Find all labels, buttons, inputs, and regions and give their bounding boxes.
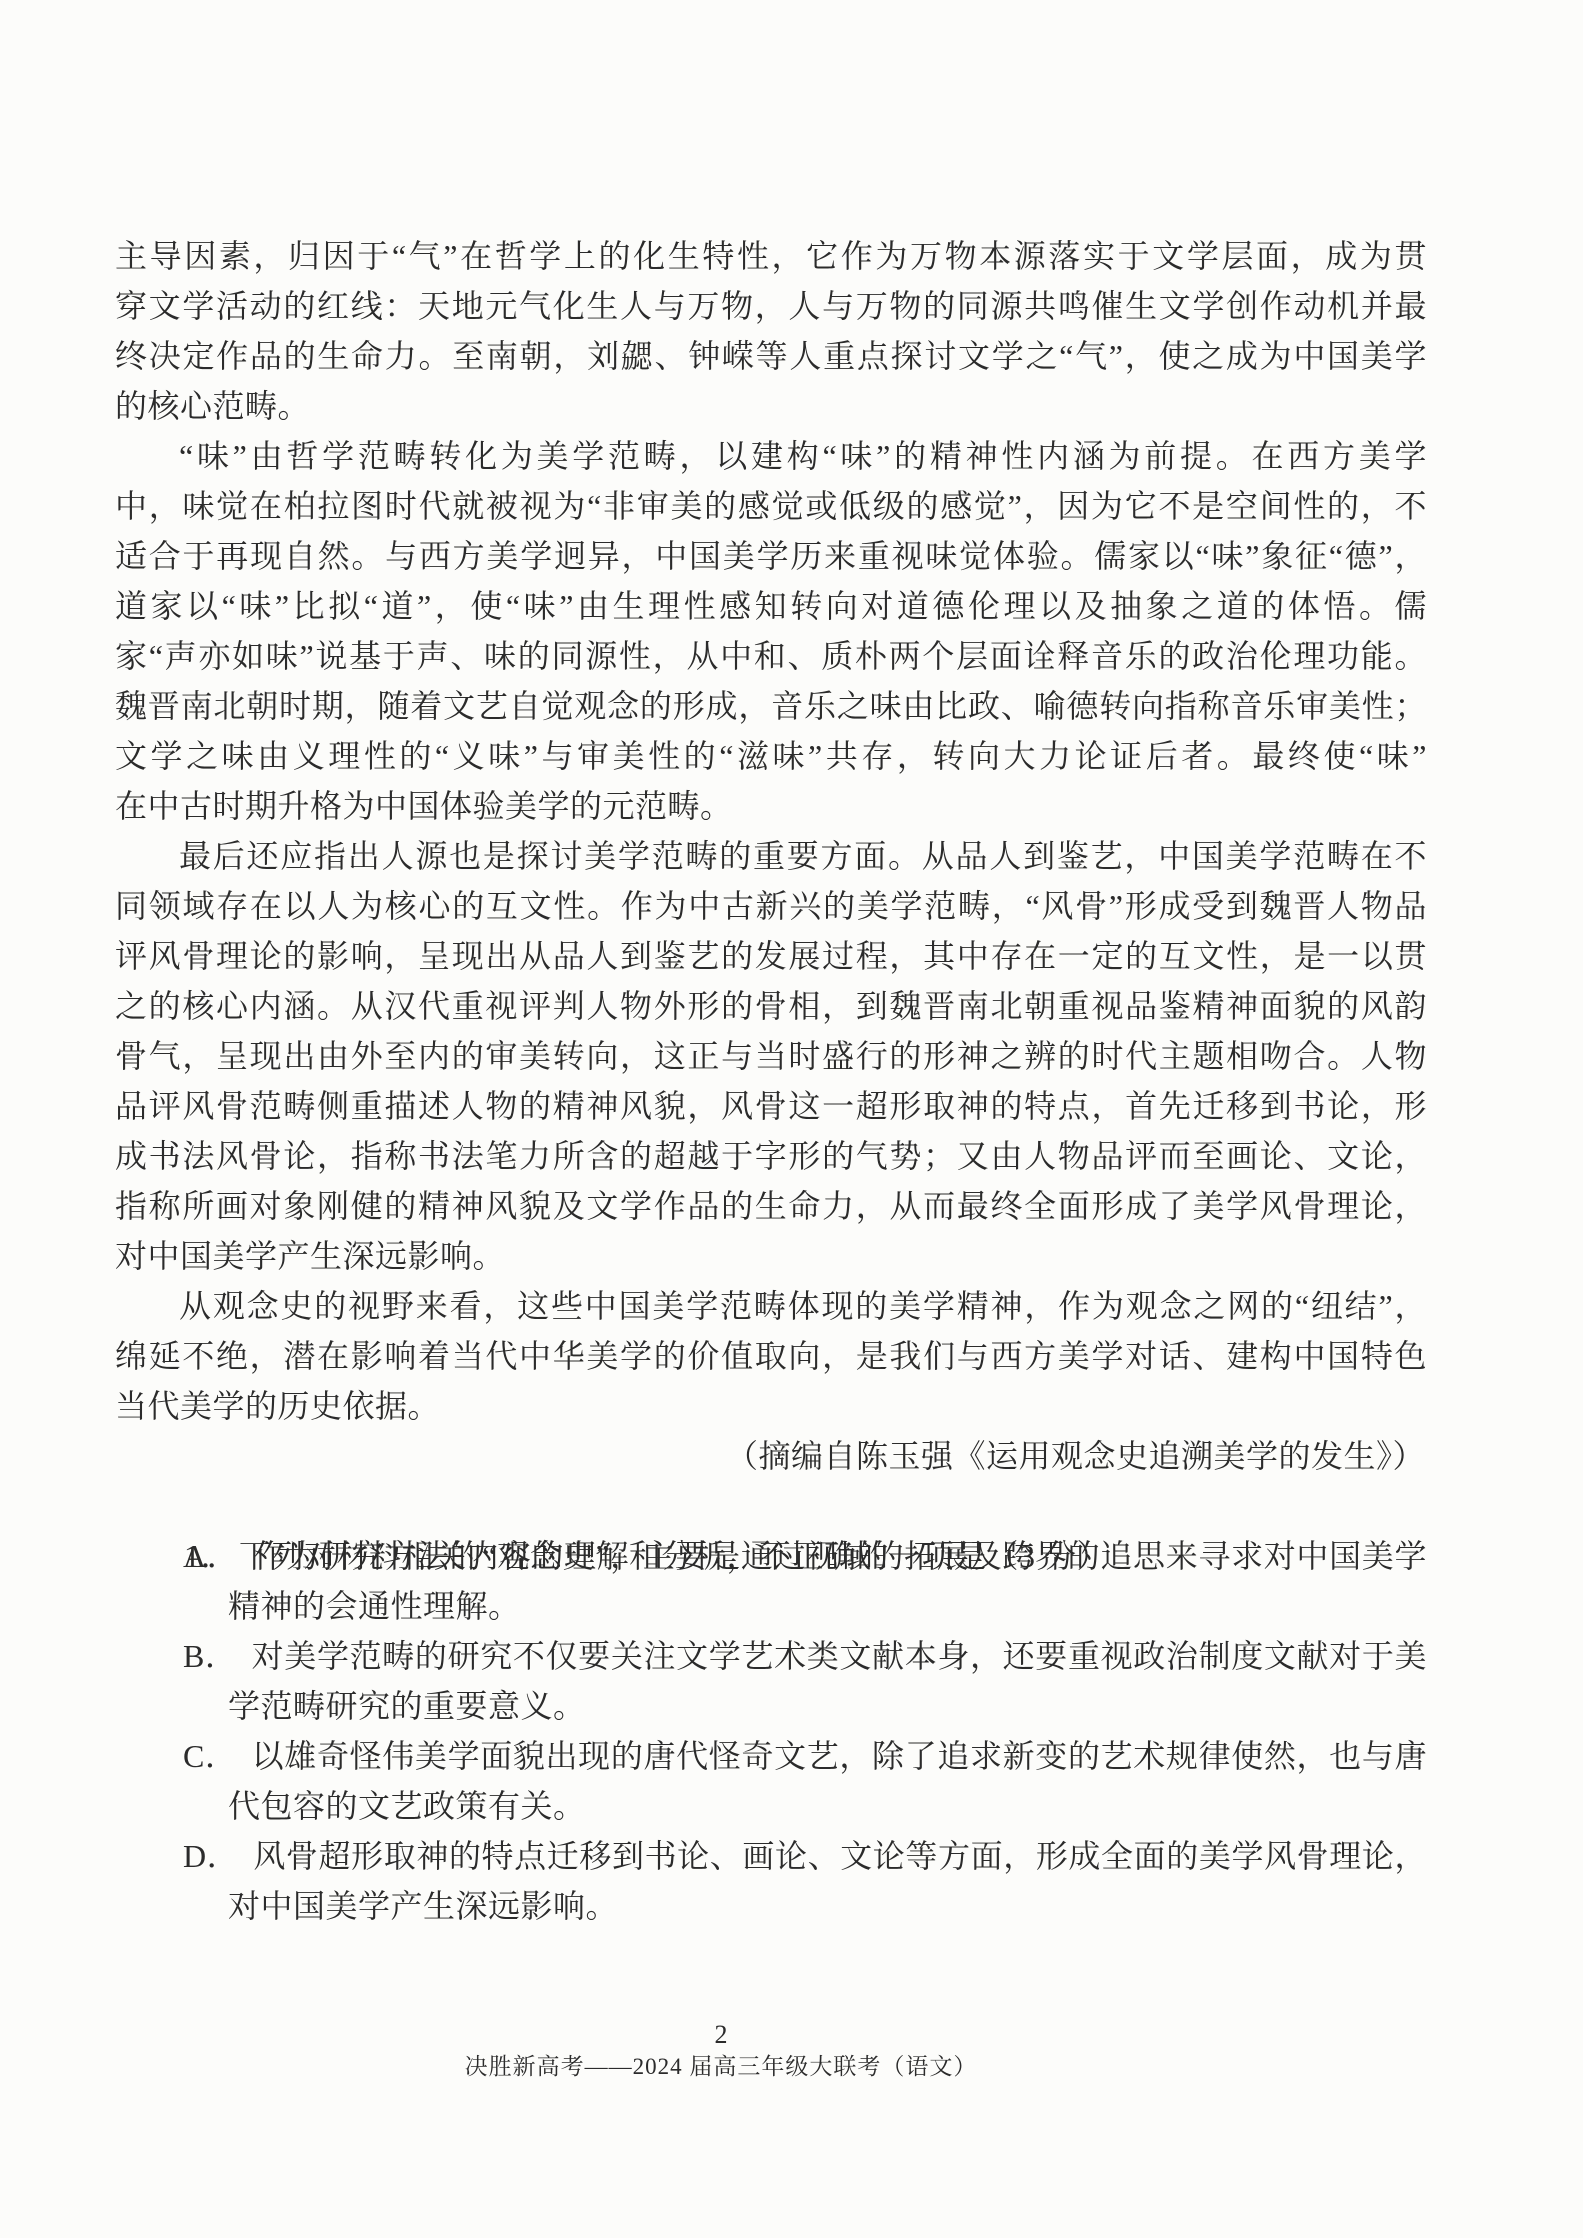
passage-line: 主导因素，归因于“气”在哲学上的化生特性，它作为万物本源落实于文学层面，成为贯: [115, 231, 1427, 281]
footer-title: 决胜新高考——2024 届高三年级大联考（语文）: [115, 2050, 1327, 2084]
passage-line: 的核心范畴。: [115, 381, 1427, 431]
option-line: 代包容的文艺政策有关。: [115, 1781, 1427, 1831]
option-line: 精神的会通性理解。: [115, 1581, 1427, 1631]
passage-line: 对中国美学产生深远影响。: [115, 1231, 1427, 1281]
passage-line: 骨气，呈现出由外至内的审美转向，这正与当时盛行的形神之辨的时代主题相吻合。人物: [115, 1031, 1427, 1081]
passage-line: 魏晋南北朝时期，随着文艺自觉观念的形成，音乐之味由比政、喻德转向指称音乐审美性；: [115, 681, 1427, 731]
document-body: 主导因素，归因于“气”在哲学上的化生特性，它作为万物本源落实于文学层面，成为贯穿…: [115, 231, 1427, 1931]
passage-line: 家“声亦如味”说基于声、味的同源性，从中和、质朴两个层面诠释音乐的政治伦理功能。: [115, 631, 1427, 681]
exam-paper-page: 主导因素，归因于“气”在哲学上的化生特性，它作为万物本源落实于文学层面，成为贯穿…: [0, 0, 1583, 2238]
option-label: B．: [183, 1638, 238, 1674]
passage-line: 品评风骨范畴侧重描述人物的精神风貌，风骨这一超形取神的特点，首先迁移到书论，形: [115, 1081, 1427, 1131]
passage-line: 最后还应指出人源也是探讨美学范畴的重要方面。从品人到鉴艺，中国美学范畴在不: [115, 831, 1427, 881]
option-label: C．: [183, 1738, 238, 1774]
passage-line: 从观念史的视野来看，这些中国美学范畴体现的美学精神，作为观念之网的“纽结”，: [115, 1281, 1427, 1331]
passage-line: 绵延不绝，潜在影响着当代中华美学的价值取向，是我们与西方美学对话、建构中国特色: [115, 1331, 1427, 1381]
option-line: A．作为研究方法的“观念史”，主要是通过视域的拓展及跨界的追思来寻求对中国美学: [115, 1531, 1427, 1581]
passage-line: 文学之味由义理性的“义味”与审美性的“滋味”共存，转向大力论证后者。最终使“味”: [115, 731, 1427, 781]
passage-line: 指称所画对象刚健的精神风貌及文学作品的生命力，从而最终全面形成了美学风骨理论，: [115, 1181, 1427, 1231]
passage-attribution: （摘编自陈玉强《运用观念史追溯美学的发生》）: [115, 1431, 1427, 1481]
passage-line: 终决定作品的生命力。至南朝，刘勰、钟嵘等人重点探讨文学之“气”，使之成为中国美学: [115, 331, 1427, 381]
passage-line: 适合于再现自然。与西方美学迥异，中国美学历来重视味觉体验。儒家以“味”象征“德”…: [115, 531, 1427, 581]
passage-line: 在中古时期升格为中国体验美学的元范畴。: [115, 781, 1427, 831]
passage-line: “味”由哲学范畴转化为美学范畴，以建构“味”的精神性内涵为前提。在西方美学: [115, 431, 1427, 481]
option-line: B．对美学范畴的研究不仅要关注文学艺术类文献本身，还要重视政治制度文献对于美: [115, 1631, 1427, 1681]
passage-line: 同领域存在以人为核心的互文性。作为中古新兴的美学范畴，“风骨”形成受到魏晋人物品: [115, 881, 1427, 931]
question-1-stem-row: 1．下列对材料相关内容的理解和分析，不正确的一项是（3 分）: [115, 1481, 1427, 1531]
passage: 主导因素，归因于“气”在哲学上的化生特性，它作为万物本源落实于文学层面，成为贯穿…: [115, 231, 1427, 1431]
option-line: C．以雄奇怪伟美学面貌出现的唐代怪奇文艺，除了追求新变的艺术规律使然，也与唐: [115, 1731, 1427, 1781]
question-options: A．作为研究方法的“观念史”，主要是通过视域的拓展及跨界的追思来寻求对中国美学精…: [115, 1531, 1427, 1931]
passage-line: 当代美学的历史依据。: [115, 1381, 1427, 1431]
passage-line: 成书法风骨论，指称书法笔力所含的超越于字形的气势；又由人物品评而至画论、文论，: [115, 1131, 1427, 1181]
option-line: 学范畴研究的重要意义。: [115, 1681, 1427, 1731]
option-label: D．: [183, 1838, 239, 1874]
passage-line: 穿文学活动的红线：天地元气化生人与万物，人与万物的同源共鸣催生文学创作动机并最: [115, 281, 1427, 331]
option-line: D．风骨超形取神的特点迁移到书论、画论、文论等方面，形成全面的美学风骨理论，: [115, 1831, 1427, 1881]
option-line: 对中国美学产生深远影响。: [115, 1881, 1427, 1931]
passage-line: 评风骨理论的影响，呈现出从品人到鉴艺的发展过程，其中存在一定的互文性，是一以贯: [115, 931, 1427, 981]
page-number: 2: [115, 2020, 1327, 2050]
option-label: A．: [183, 1538, 239, 1574]
passage-line: 道家以“味”比拟“道”，使“味”由生理性感知转向对道德伦理以及抽象之道的体悟。儒: [115, 581, 1427, 631]
passage-line: 之的核心内涵。从汉代重视评判人物外形的骨相，到魏晋南北朝重视品鉴精神面貌的风韵: [115, 981, 1427, 1031]
passage-line: 中，味觉在柏拉图时代就被视为“非审美的感觉或低级的感觉”，因为它不是空间性的，不: [115, 481, 1427, 531]
